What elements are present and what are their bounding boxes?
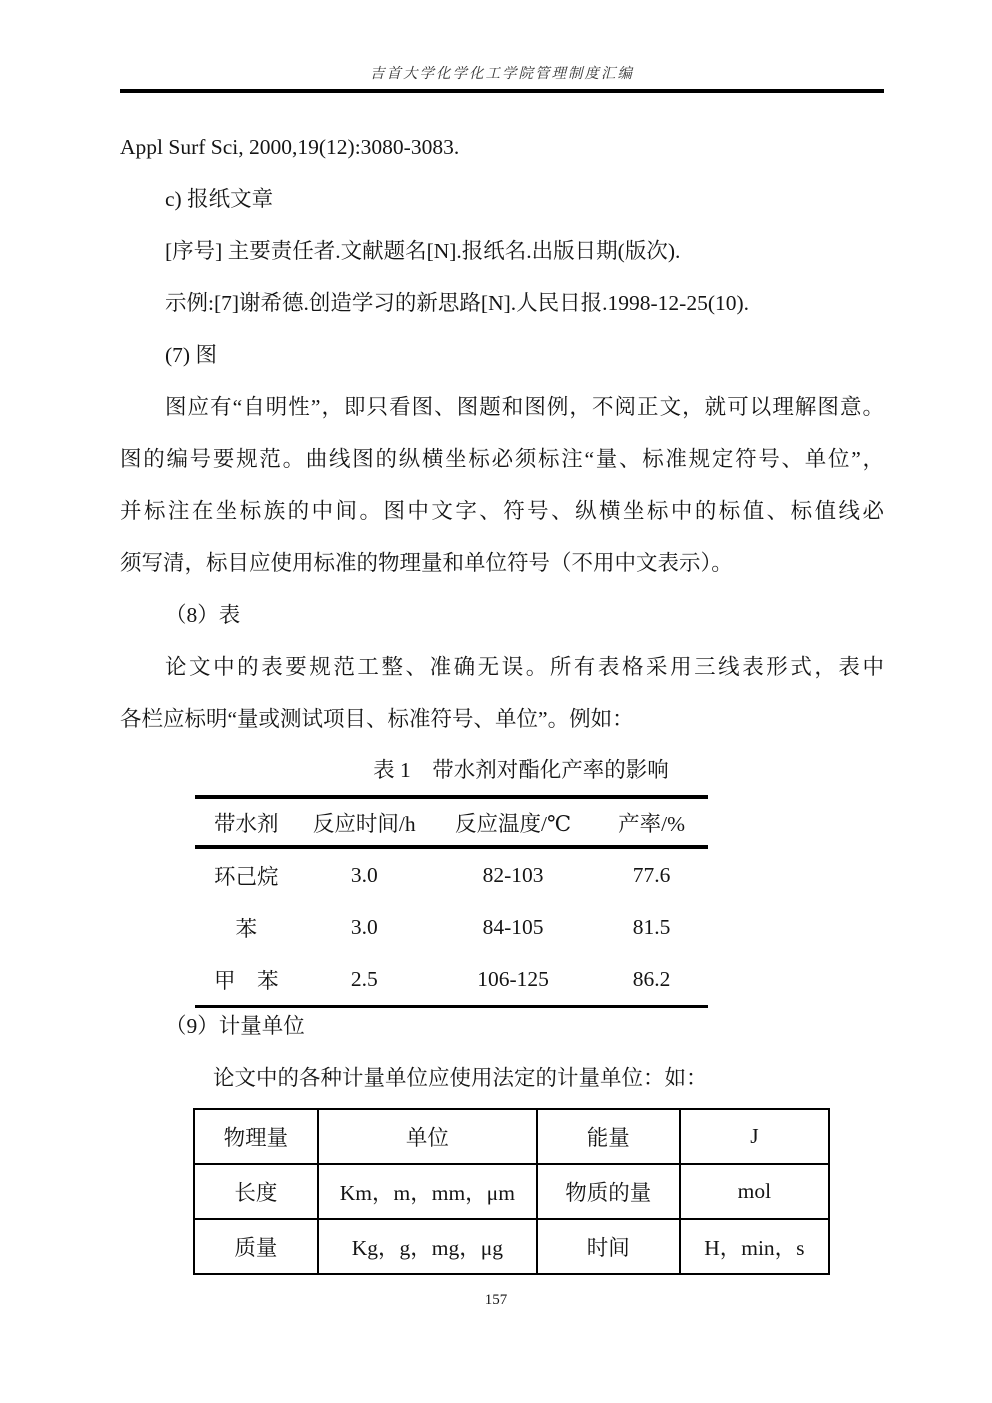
table1-cell: 86.2 — [595, 953, 708, 1007]
table2-cell: 单位 — [318, 1109, 537, 1164]
table1-cell: 环己烷 — [195, 847, 298, 901]
table2-cell: 长度 — [194, 1164, 318, 1219]
table1-cell: 82-103 — [431, 847, 595, 901]
body-line: 须写清，标目应使用标准的物理量和单位符号（不用中文表示）。 — [120, 537, 884, 589]
body-section: （9）计量单位 论文中的各种计量单位应使用法定的计量单位：如： — [120, 1000, 884, 1104]
body-line: 论文中的表要规范工整、准确无误。所有表格采用三线表形式，表中 — [120, 641, 884, 693]
table2-cell: 质量 — [194, 1219, 318, 1274]
table2-cell: 物理量 — [194, 1109, 318, 1164]
body-line: （9）计量单位 — [120, 1000, 884, 1052]
table1-cell: 苯 — [195, 901, 298, 953]
table1-cell: 106-125 — [431, 953, 595, 1007]
table1-row: 环己烷 3.0 82-103 77.6 — [195, 847, 708, 901]
table2-row: 质量 Kg，g，mg，μg 时间 H，min，s — [194, 1219, 829, 1274]
table1-cell: 甲 苯 — [195, 953, 298, 1007]
table1-row: 甲 苯 2.5 106-125 86.2 — [195, 953, 708, 1007]
table2-cell: J — [680, 1109, 829, 1164]
document-page: 吉首大学化学化工学院管理制度汇编 Appl Surf Sci, 2000,19(… — [0, 0, 992, 1403]
body-line: 示例:[7]谢希德.创造学习的新思路[N].人民日报.1998-12-25(10… — [120, 277, 884, 329]
body-line: (7) 图 — [120, 329, 884, 381]
table1-header-cell: 反应温度/℃ — [431, 797, 595, 847]
body-line: Appl Surf Sci, 2000,19(12):3080-3083. — [120, 121, 884, 173]
body-line: 各栏应标明“量或测试项目、标准符号、单位”。例如： — [120, 693, 884, 745]
table2-cell: Km，m，mm，μm — [318, 1164, 537, 1219]
table1-cell: 81.5 — [595, 901, 708, 953]
table2-row: 物理量 单位 能量 J — [194, 1109, 829, 1164]
body-line: 图应有“自明性”，即只看图、图题和图例，不阅正文，就可以理解图意。 — [120, 381, 884, 433]
body-line: 图的编号要规范。曲线图的纵横坐标必须标注“量、标准规定符号、单位”， — [120, 433, 884, 485]
table2-cell: mol — [680, 1164, 829, 1219]
table1-cell: 84-105 — [431, 901, 595, 953]
table2-cell: 能量 — [537, 1109, 680, 1164]
table1-three-line-table: 带水剂 反应时间/h 反应温度/℃ 产率/% 环己烷 3.0 82-103 77… — [195, 795, 708, 1008]
table2-cell: 物质的量 — [537, 1164, 680, 1219]
table1-caption: 表 1 带水剂对酯化产率的影响 — [120, 745, 884, 795]
header-title: 吉首大学化学化工学院管理制度汇编 — [120, 62, 884, 89]
table2-row: 长度 Km，m，mm，μm 物质的量 mol — [194, 1164, 829, 1219]
table2-cell: 时间 — [537, 1219, 680, 1274]
page-header: 吉首大学化学化工学院管理制度汇编 — [120, 0, 884, 93]
table1-header-row: 带水剂 反应时间/h 反应温度/℃ 产率/% — [195, 797, 708, 847]
table1-cell: 2.5 — [298, 953, 431, 1007]
table2-units-table: 物理量 单位 能量 J 长度 Km，m，mm，μm 物质的量 mol 质量 Kg… — [193, 1108, 830, 1275]
body-line: 论文中的各种计量单位应使用法定的计量单位：如： — [120, 1052, 884, 1104]
table1-header-cell: 带水剂 — [195, 797, 298, 847]
body-line: c) 报纸文章 — [120, 173, 884, 225]
page-number: 157 — [0, 1289, 992, 1311]
table1-cell: 77.6 — [595, 847, 708, 901]
body-line: （8）表 — [120, 589, 884, 641]
document-body: Appl Surf Sci, 2000,19(12):3080-3083. c)… — [120, 121, 884, 1275]
table1-header-cell: 产率/% — [595, 797, 708, 847]
body-line: [序号] 主要责任者.文献题名[N].报纸名.出版日期(版次). — [120, 225, 884, 277]
table1-row: 苯 3.0 84-105 81.5 — [195, 901, 708, 953]
table1-cell: 3.0 — [298, 847, 431, 901]
table2-cell: H，min，s — [680, 1219, 829, 1274]
table1-cell: 3.0 — [298, 901, 431, 953]
table1-header-cell: 反应时间/h — [298, 797, 431, 847]
body-line: 并标注在坐标族的中间。图中文字、符号、纵横坐标中的标值、标值线必 — [120, 485, 884, 537]
table2-cell: Kg，g，mg，μg — [318, 1219, 537, 1274]
